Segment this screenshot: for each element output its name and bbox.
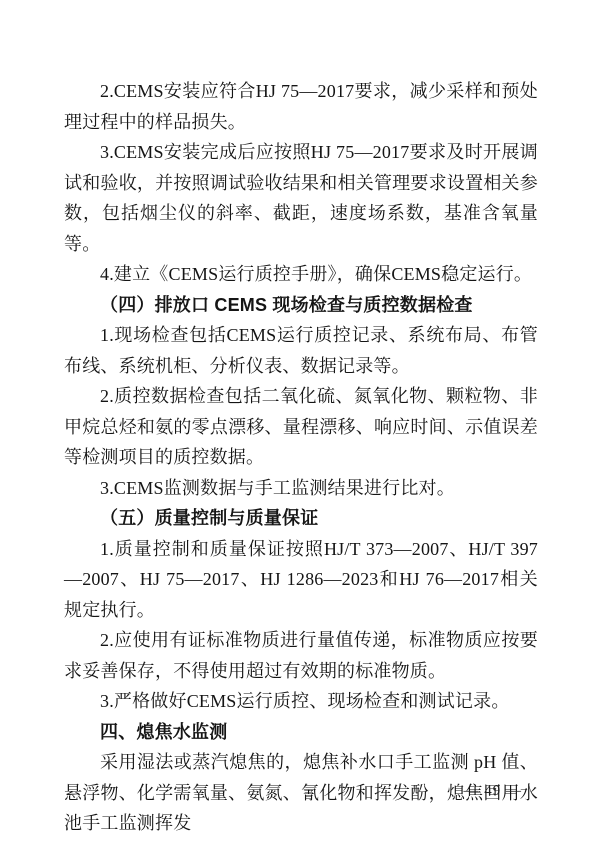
document-page: 2.CEMS安装应符合HJ 75—2017要求，减少采样和预处理过程中的样品损失…: [0, 0, 600, 848]
document-body: 2.CEMS安装应符合HJ 75—2017要求，减少采样和预处理过程中的样品损失…: [64, 76, 538, 839]
paragraph-qc-standards-reference: 1.质量控制和质量保证按照HJ/T 373—2007、HJ/T 397—2007…: [64, 534, 538, 626]
page-number: — 49 —: [464, 783, 523, 799]
section-heading-4-outlet-cems-check: （四）排放口 CEMS 现场检查与质控数据检查: [64, 290, 538, 321]
paragraph-qc-data-check-scope: 2.质控数据检查包括二氧化硫、氮氧化物、颗粒物、非甲烷总烃和氨的零点漂移、量程漂…: [64, 381, 538, 473]
paragraph-cems-qc-manual: 4.建立《CEMS运行质控手册》，确保CEMS稳定运行。: [64, 259, 538, 290]
paragraph-cems-install-requirement: 2.CEMS安装应符合HJ 75—2017要求，减少采样和预处理过程中的样品损失…: [64, 76, 538, 137]
chapter-heading-quench-water-monitoring: 四、熄焦水监测: [64, 717, 538, 748]
section-heading-5-quality-control: （五）质量控制与质量保证: [64, 503, 538, 534]
paragraph-certified-reference-material: 2.应使用有证标准物质进行量值传递，标准物质应按要求妥善保存，不得使用超过有效期…: [64, 625, 538, 686]
paragraph-cems-data-comparison: 3.CEMS监测数据与手工监测结果进行比对。: [64, 473, 538, 504]
paragraph-onsite-check-scope: 1.现场检查包括CEMS运行质控记录、系统布局、布管布线、系统机柜、分析仪表、数…: [64, 320, 538, 381]
page-footer: — 49 —: [464, 782, 523, 800]
paragraph-record-keeping: 3.严格做好CEMS运行质控、现场检查和测试记录。: [64, 686, 538, 717]
paragraph-cems-debug-acceptance: 3.CEMS安装完成后应按照HJ 75—2017要求及时开展调试和验收，并按照调…: [64, 137, 538, 259]
